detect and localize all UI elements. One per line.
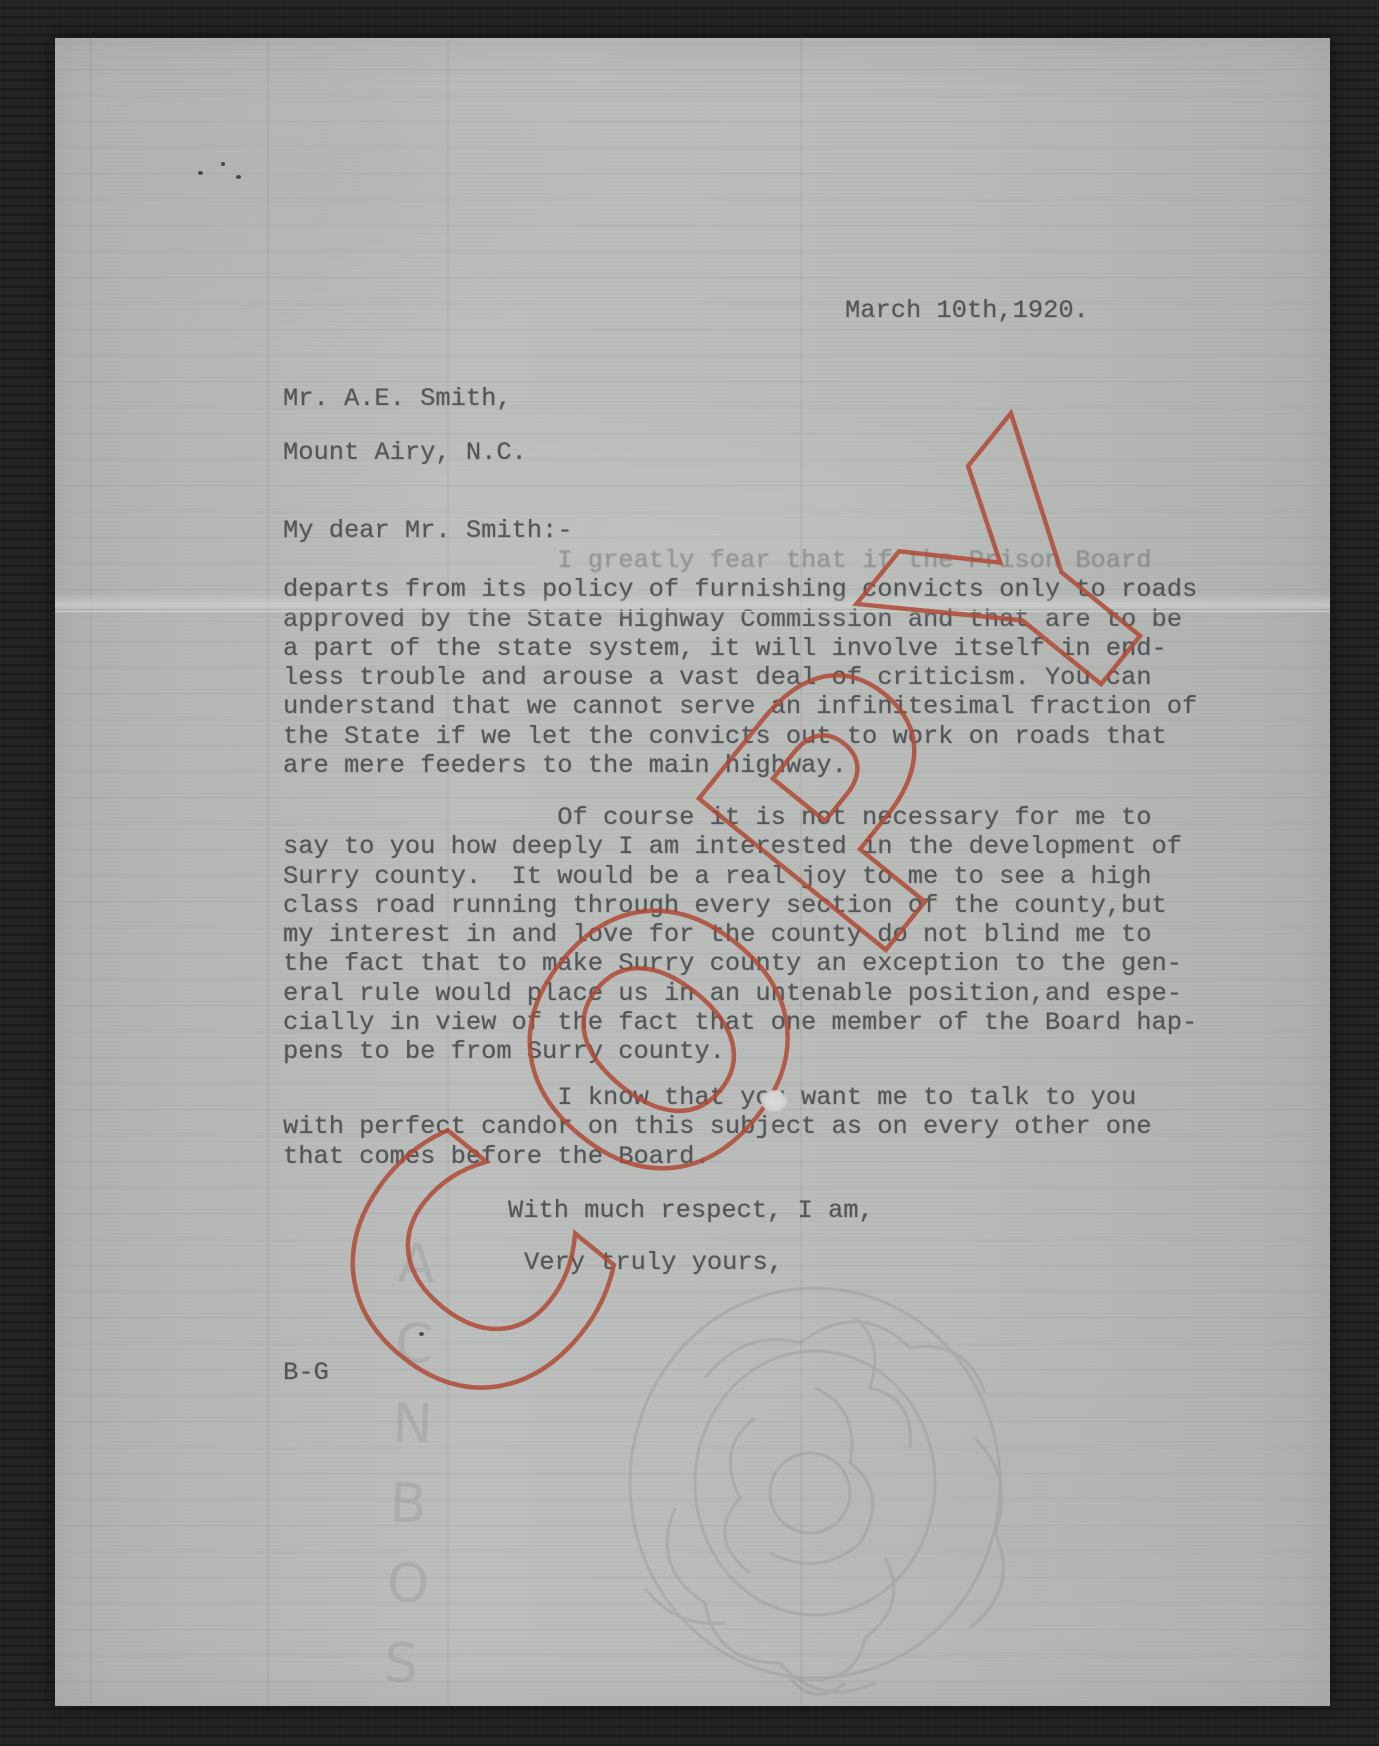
paper-speck (236, 175, 241, 179)
typist-initials: B-G (283, 1358, 329, 1387)
paper-speck (198, 171, 203, 175)
paper-defect-spot (761, 1090, 787, 1112)
paper-speck (221, 162, 225, 166)
paper-speck (419, 1332, 424, 1336)
scanned-letter-screenshot: { "letter": { "stamp_text": "COPY", "sta… (0, 0, 1379, 1746)
date-line: March 10th,1920. (845, 296, 1089, 325)
paper-texture-line (267, 38, 269, 1706)
paper-texture-line (90, 38, 92, 1706)
salutation: My dear Mr. Smith:- (283, 516, 573, 545)
letter-page: ACNBOS March 10th,1920. Mr. A.E. Smith,M… (55, 38, 1330, 1706)
recipient-address: Mr. A.E. Smith,Mount Airy, N.C. (283, 384, 527, 467)
